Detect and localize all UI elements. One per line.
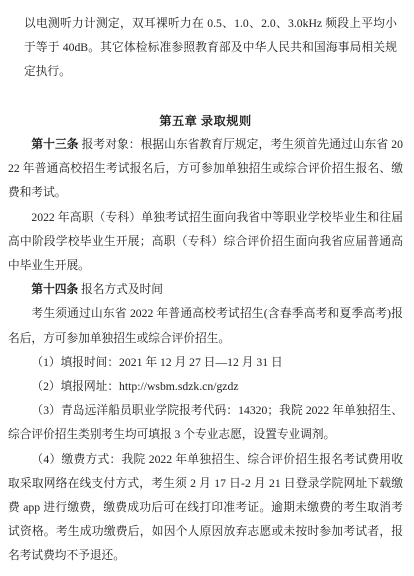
- registration-requirement-text: 考生须通过山东省 2022 年普通高校考试招生(含春季高考和夏季高考)报名后，方…: [8, 307, 403, 344]
- paragraph-intro: 以电测听力计测定，双耳裸听力在 0.5、1.0、2.0、3.0kHz 频段上平均…: [24, 12, 397, 85]
- article-14-label: 第十四条: [31, 283, 78, 296]
- item-2-text: （2）填报网址：http://wsbm.sdzk.cn/gzdz: [31, 380, 238, 393]
- item-2-filing-website: （2）填报网址：http://wsbm.sdzk.cn/gzdz: [8, 375, 403, 399]
- item-3-college-code: （3）青岛远洋船员职业学院报考代码：14320；我院 2022 年单独招生、综合…: [8, 399, 403, 447]
- chapter-heading: 第五章 录取规则: [8, 109, 403, 133]
- item-4-payment-method: （4）缴费方式：我院 2022 年单独招生、综合评价招生报名考试费用收取采取网络…: [8, 448, 403, 569]
- item-3-text: （3）青岛远洋船员职业学院报考代码：14320；我院 2022 年单独招生、综合…: [8, 404, 403, 441]
- article-13-label: 第十三条: [31, 138, 78, 151]
- paragraph-registration-requirement: 考生须通过山东省 2022 年普通高校考试招生(含春季高考和夏季高考)报名后，方…: [8, 302, 403, 350]
- item-1-text: （1）填报时间：2021 年 12 月 27 日—12 月 31 日: [31, 356, 282, 369]
- paragraph-article-14: 第十四条 报名方式及时间: [8, 278, 403, 302]
- item-1-filing-time: （1）填报时间：2021 年 12 月 27 日—12 月 31 日: [8, 351, 403, 375]
- item-4-text: （4）缴费方式：我院 2022 年单独招生、综合评价招生报名考试费用收取采取网络…: [8, 453, 403, 563]
- vocational-scope-text: 2022 年高职（专科）单独考试招生面向我省中等职业学校毕业生和往届高中阶段学校…: [8, 211, 403, 272]
- paragraph-article-13: 第十三条 报考对象：根据山东省教育厅规定，考生须首先通过山东省 2022 年普通…: [8, 133, 403, 206]
- paragraph-vocational-scope: 2022 年高职（专科）单独考试招生面向我省中等职业学校毕业生和往届高中阶段学校…: [8, 206, 403, 279]
- document-page: 以电测听力计测定，双耳裸听力在 0.5、1.0、2.0、3.0kHz 频段上平均…: [0, 0, 414, 576]
- article-14-text: 报名方式及时间: [78, 283, 163, 296]
